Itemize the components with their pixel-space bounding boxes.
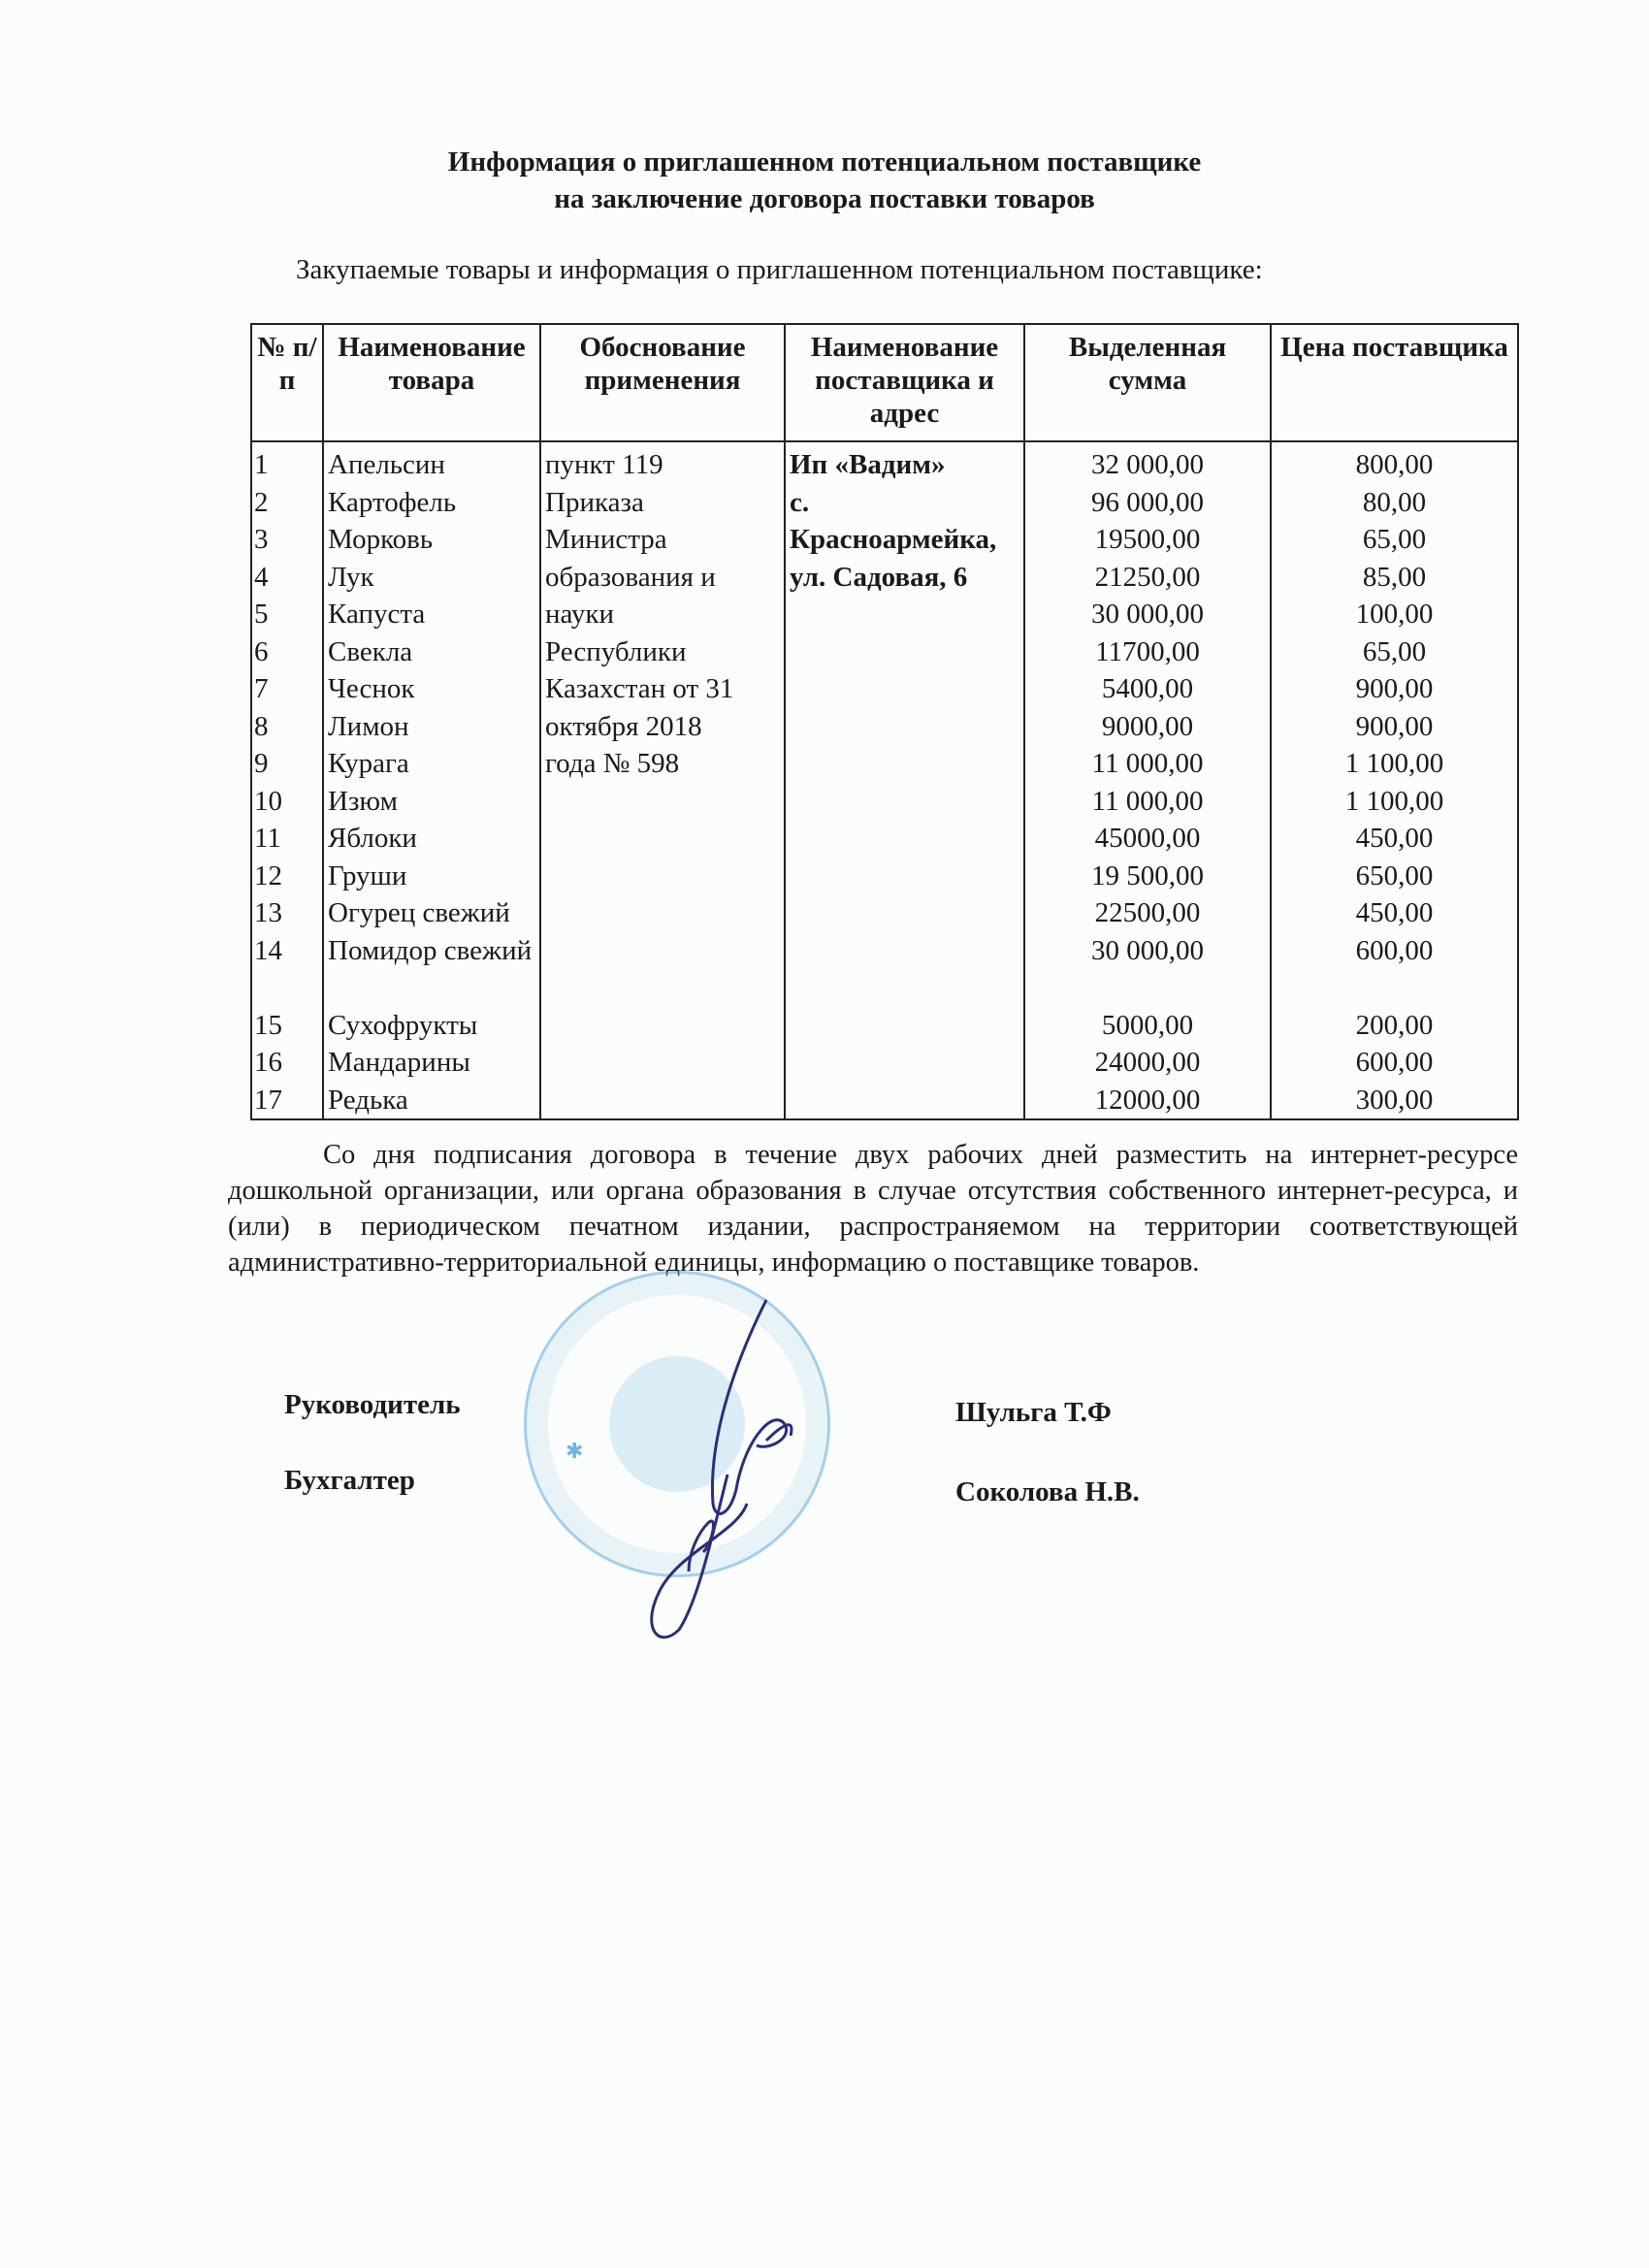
row-number: 10	[254, 783, 318, 821]
product-name: Огурец свежий	[328, 894, 535, 932]
supplier-price: 450,00	[1276, 894, 1513, 932]
basis-line: Казахстан от 31	[545, 670, 780, 708]
column-basis: пункт 119ПриказаМинистраобразования инау…	[540, 441, 785, 1119]
allocated-amount: 32 000,00	[1029, 446, 1266, 484]
head-name: Шульга Т.Ф	[955, 1397, 1112, 1429]
row-number: 4	[254, 559, 318, 597]
product-name: Лимон	[328, 708, 535, 746]
allocated-amount: 30 000,00	[1029, 596, 1266, 633]
row-number: 5	[254, 596, 318, 633]
supplier-price: 300,00	[1276, 1082, 1513, 1119]
supplier-price: 80,00	[1276, 484, 1513, 522]
signature-marks	[621, 1280, 834, 1649]
row-number: 17	[254, 1082, 318, 1119]
stamp-star-icon: ✱	[566, 1439, 583, 1464]
allocated-amount: 96 000,00	[1029, 484, 1266, 522]
table-body-row: 1234567891011121314151617 АпельсинКартоф…	[251, 441, 1518, 1119]
row-number: 16	[254, 1044, 318, 1082]
product-name: Капуста	[328, 596, 535, 633]
title-line-2: на заключение договора поставки товаров	[0, 180, 1649, 217]
product-name: Свекла	[328, 633, 535, 671]
product-name: Изюм	[328, 783, 535, 821]
row-number: 11	[254, 820, 318, 858]
allocated-amount: 9000,00	[1029, 708, 1266, 746]
header-basis: Обоснование применения	[540, 324, 785, 441]
supplier-price: 600,00	[1276, 1044, 1513, 1082]
product-name: Сухофрукты	[328, 1007, 535, 1045]
basis-line: Республики	[545, 633, 780, 671]
accountant-label: Бухгалтер	[284, 1465, 415, 1497]
column-allocated: 32 000,0096 000,0019500,0021250,0030 000…	[1024, 441, 1271, 1119]
supplier-price: 65,00	[1276, 521, 1513, 559]
product-name: Лук	[328, 559, 535, 597]
row-number: 13	[254, 894, 318, 932]
accountant-name: Соколова Н.В.	[955, 1476, 1140, 1508]
allocated-amount: 22500,00	[1029, 894, 1266, 932]
column-supplier: Ип «Вадим»с.Красноармейка,ул. Садовая, 6	[785, 441, 1024, 1119]
row-number: 14	[254, 932, 318, 1007]
row-number: 7	[254, 670, 318, 708]
header-name: Наименование товара	[323, 324, 540, 441]
supplier-price: 450,00	[1276, 820, 1513, 858]
supplier-price: 900,00	[1276, 708, 1513, 746]
basis-line: года № 598	[545, 745, 780, 783]
header-supplier: Наименование поставщика и адрес	[785, 324, 1024, 441]
header-num: № п/п	[251, 324, 323, 441]
title-line-1: Информация о приглашенном потенциальном …	[0, 144, 1649, 180]
product-name: Апельсин	[328, 446, 535, 484]
column-price: 800,0080,0065,0085,00100,0065,00900,0090…	[1271, 441, 1518, 1119]
head-label: Руководитель	[284, 1389, 461, 1421]
product-name: Курага	[328, 745, 535, 783]
table-header-row: № п/п Наименование товара Обоснование пр…	[251, 324, 1518, 441]
supplier-price: 1 100,00	[1276, 745, 1513, 783]
supplier-price: 100,00	[1276, 596, 1513, 633]
supplier-line: Ип «Вадим»	[790, 446, 1019, 484]
basis-line: октября 2018	[545, 708, 780, 746]
row-number: 12	[254, 858, 318, 895]
allocated-amount: 19 500,00	[1029, 858, 1266, 895]
subtitle: Закупаемые товары и информация о приглаш…	[296, 254, 1263, 286]
supplier-price: 200,00	[1276, 1007, 1513, 1045]
row-number: 3	[254, 521, 318, 559]
allocated-amount: 5400,00	[1029, 670, 1266, 708]
supplier-line: с.	[790, 484, 1019, 522]
basis-line: образования и	[545, 559, 780, 597]
product-name: Помидор свежий	[328, 932, 535, 1007]
supplier-price: 85,00	[1276, 559, 1513, 597]
row-number: 6	[254, 633, 318, 671]
supplier-line: Красноармейка,	[790, 521, 1019, 559]
row-number: 8	[254, 708, 318, 746]
product-name: Мандарины	[328, 1044, 535, 1082]
basis-line: пункт 119	[545, 446, 780, 484]
goods-table: № п/п Наименование товара Обоснование пр…	[250, 323, 1519, 1120]
header-allocated: Выделенная сумма	[1024, 324, 1271, 441]
allocated-amount: 19500,00	[1029, 521, 1266, 559]
allocated-amount: 11 000,00	[1029, 783, 1266, 821]
supplier-price: 800,00	[1276, 446, 1513, 484]
product-name: Редька	[328, 1082, 535, 1119]
allocated-amount: 21250,00	[1029, 559, 1266, 597]
product-name: Картофель	[328, 484, 535, 522]
allocated-amount: 11700,00	[1029, 633, 1266, 671]
column-num: 1234567891011121314151617	[251, 441, 323, 1119]
supplier-price: 900,00	[1276, 670, 1513, 708]
basis-line: Приказа	[545, 484, 780, 522]
allocated-amount: 11 000,00	[1029, 745, 1266, 783]
basis-line: науки	[545, 596, 780, 633]
allocated-amount: 5000,00	[1029, 1007, 1266, 1045]
header-price: Цена поставщика	[1271, 324, 1518, 441]
product-name: Чеснок	[328, 670, 535, 708]
supplier-price: 65,00	[1276, 633, 1513, 671]
supplier-price: 600,00	[1276, 932, 1513, 1007]
allocated-amount: 30 000,00	[1029, 932, 1266, 1007]
row-number: 9	[254, 745, 318, 783]
product-name: Морковь	[328, 521, 535, 559]
instruction-paragraph: Со дня подписания договора в течение дву…	[228, 1137, 1518, 1280]
product-name: Яблоки	[328, 820, 535, 858]
row-number: 15	[254, 1007, 318, 1045]
supplier-price: 1 100,00	[1276, 783, 1513, 821]
allocated-amount: 12000,00	[1029, 1082, 1266, 1119]
allocated-amount: 24000,00	[1029, 1044, 1266, 1082]
supplier-line: ул. Садовая, 6	[790, 559, 1019, 597]
supplier-price: 650,00	[1276, 858, 1513, 895]
column-name: АпельсинКартофельМорковьЛукКапустаСвекла…	[323, 441, 540, 1119]
document-title: Информация о приглашенном потенциальном …	[0, 144, 1649, 217]
product-name: Груши	[328, 858, 535, 895]
allocated-amount: 45000,00	[1029, 820, 1266, 858]
row-number: 1	[254, 446, 318, 484]
row-number: 2	[254, 484, 318, 522]
basis-line: Министра	[545, 521, 780, 559]
